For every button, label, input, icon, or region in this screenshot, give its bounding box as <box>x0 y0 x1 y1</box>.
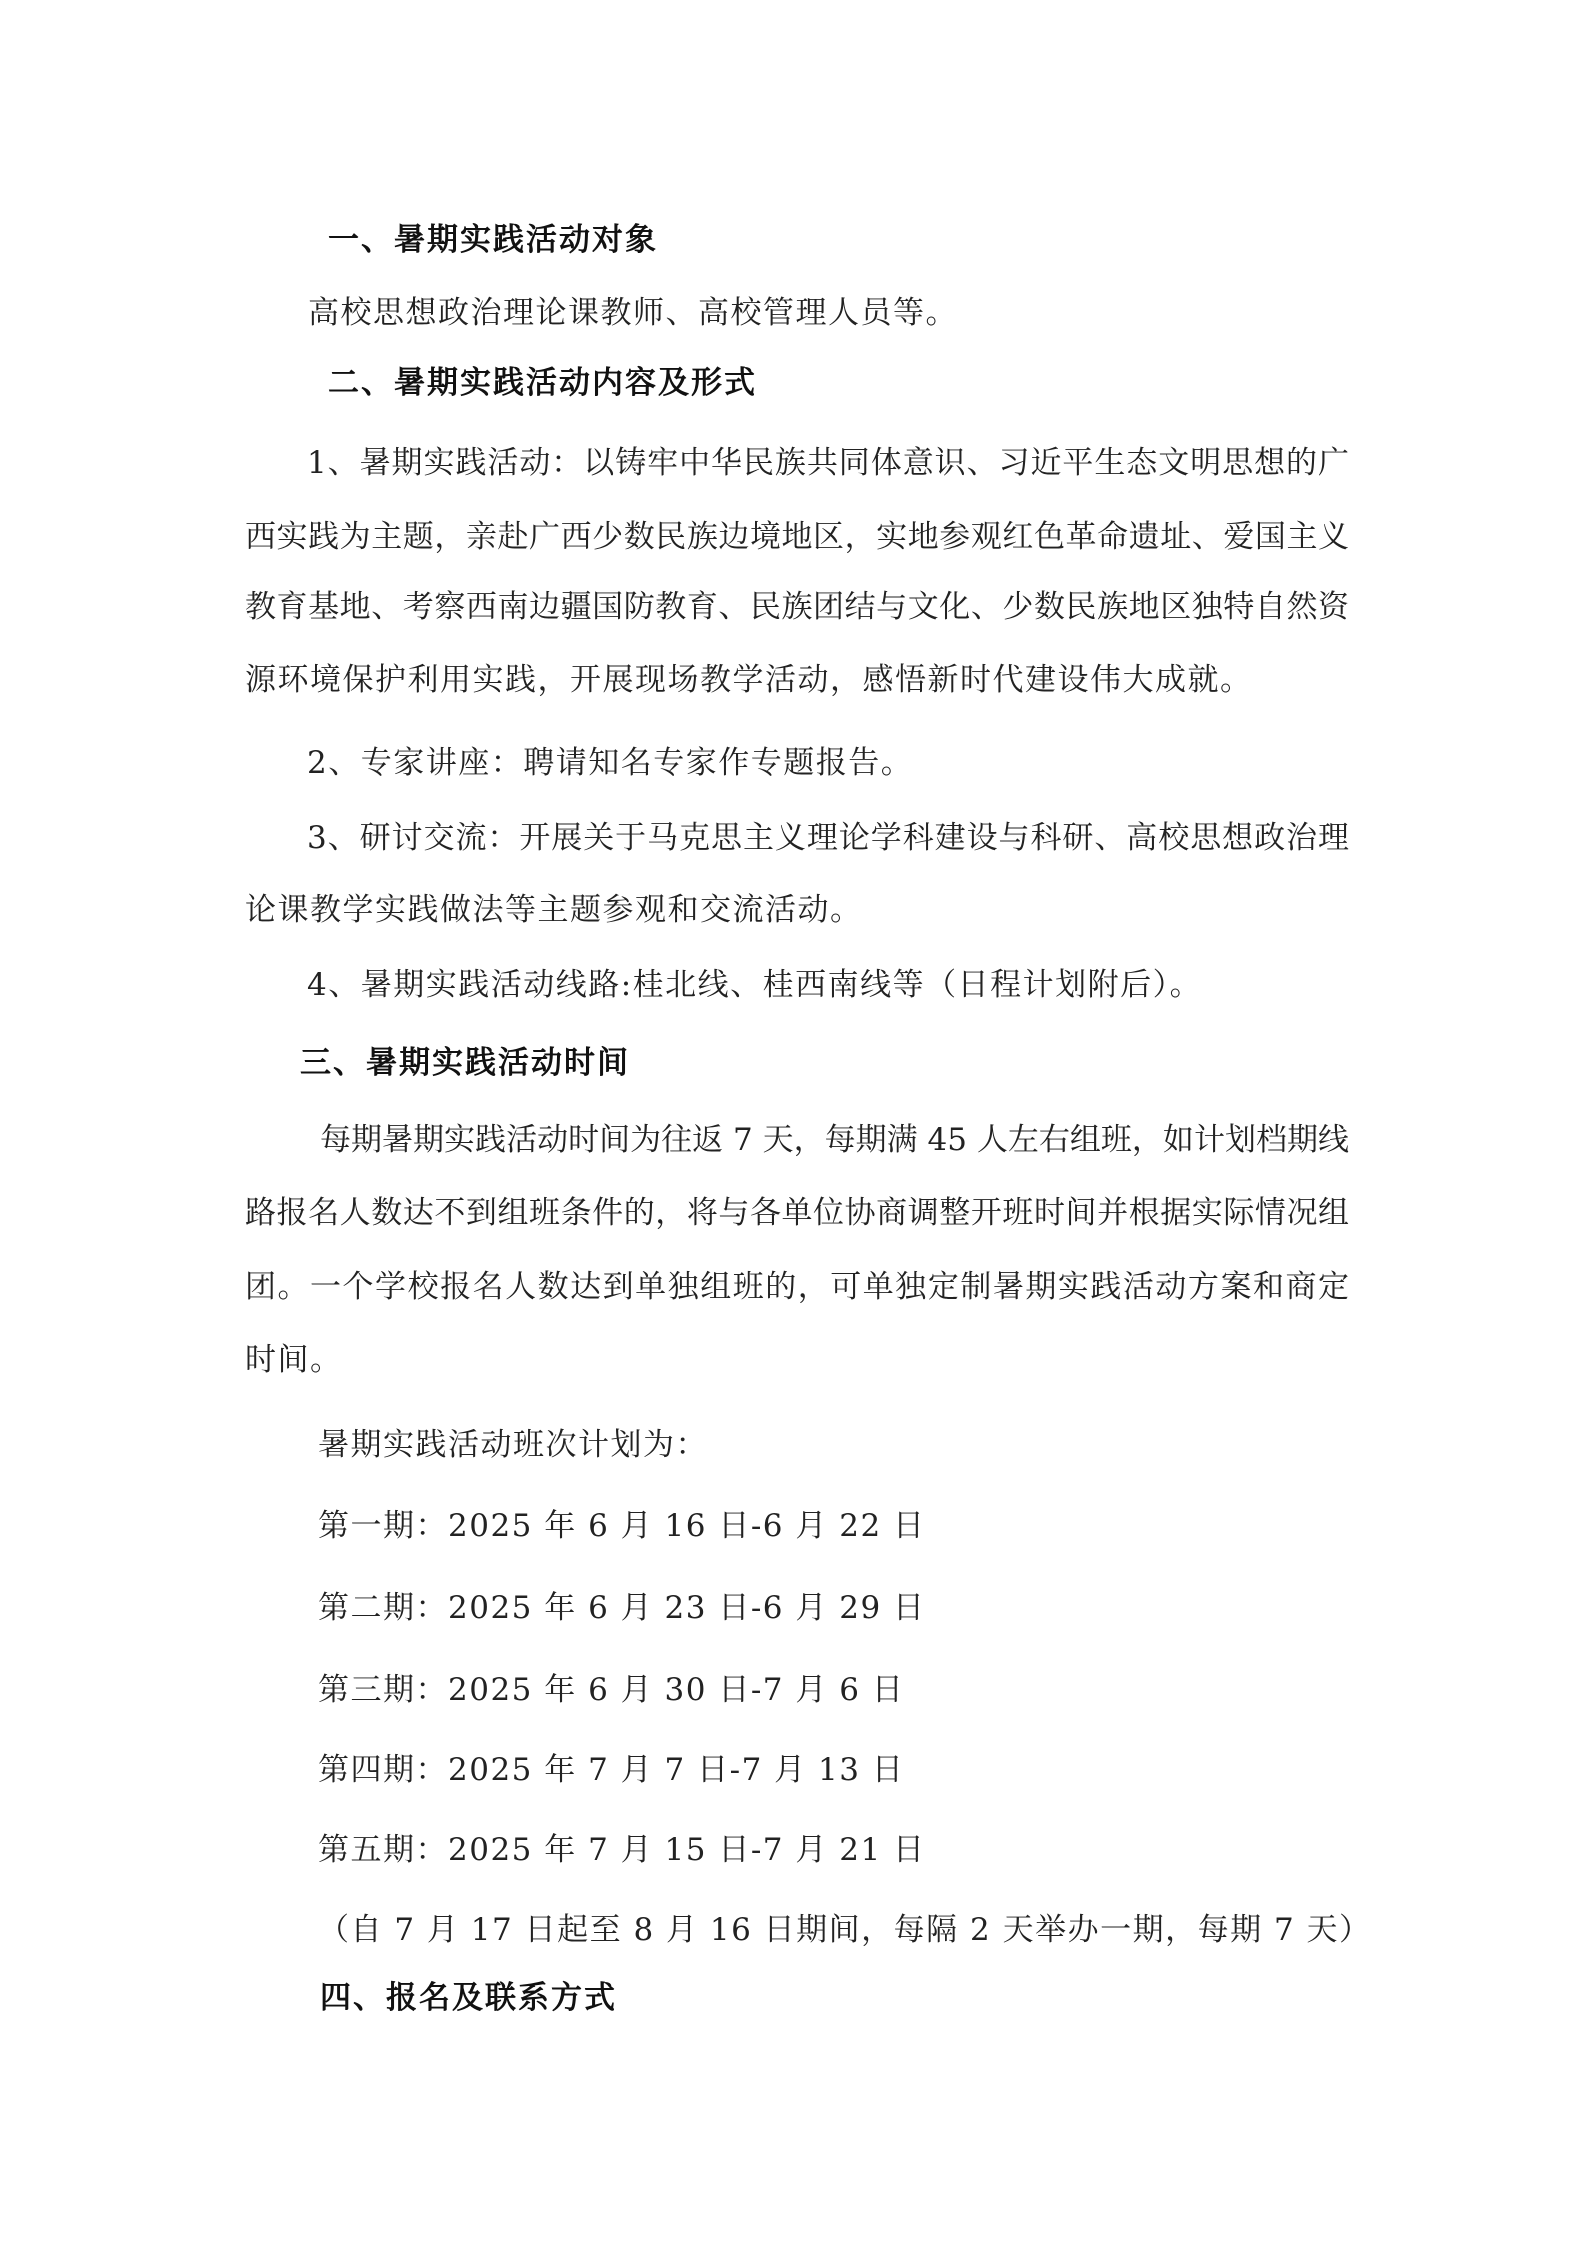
section-heading-time: 三、暑期实践活动时间 <box>300 1043 630 1083</box>
paragraph-line: 源环境保护利用实践，开展现场教学活动，感悟新时代建设伟大成就。 <box>245 660 1253 700</box>
paragraph-line: 路报名人数达不到组班条件的，将与各单位协商调整开班时间并根据实际情况组 <box>245 1193 1349 1233</box>
schedule-item: 第四期：2025 年 7 月 7 日-7 月 13 日 <box>318 1750 904 1790</box>
paragraph-line: 2、专家讲座：聘请知名专家作专题报告。 <box>307 743 913 783</box>
schedule-item: 第一期：2025 年 6 月 16 日-6 月 22 日 <box>318 1506 926 1546</box>
paragraph-line: 4、暑期实践活动线路:桂北线、桂西南线等（日程计划附后）。 <box>307 965 1202 1005</box>
paragraph-line: 高校思想政治理论课教师、高校管理人员等。 <box>308 293 958 333</box>
schedule-item: 第三期：2025 年 6 月 30 日-7 月 6 日 <box>318 1670 904 1710</box>
document-page: 一、暑期实践活动对象 高校思想政治理论课教师、高校管理人员等。 二、暑期实践活动… <box>0 0 1587 2245</box>
section-heading-registration-contact: 四、报名及联系方式 <box>320 1978 617 2018</box>
paragraph-line: 3、研讨交流：开展关于马克思主义理论学科建设与科研、高校思想政治理 <box>307 818 1349 858</box>
section-heading-content-form: 二、暑期实践活动内容及形式 <box>328 363 757 403</box>
section-heading-targets: 一、暑期实践活动对象 <box>328 220 658 260</box>
paragraph-line: 团。一个学校报名人数达到单独组班的，可单独定制暑期实践活动方案和商定 <box>245 1267 1349 1307</box>
paragraph-line: 教育基地、考察西南边疆国防教育、民族团结与文化、少数民族地区独特自然资 <box>245 587 1349 627</box>
schedule-note: （自 7 月 17 日起至 8 月 16 日期间，每隔 2 天举办一期，每期 7… <box>318 1910 1372 1950</box>
paragraph-line: 论课教学实践做法等主题参观和交流活动。 <box>245 890 863 930</box>
paragraph-line: 每期暑期实践活动时间为往返 7 天，每期满 45 人左右组班，如计划档期线 <box>320 1120 1349 1160</box>
paragraph-line: 西实践为主题，亲赴广西少数民族边境地区，实地参观红色革命遗址、爱国主义 <box>245 517 1349 557</box>
schedule-intro: 暑期实践活动班次计划为： <box>318 1425 708 1465</box>
schedule-item: 第五期：2025 年 7 月 15 日-7 月 21 日 <box>318 1830 926 1870</box>
paragraph-line: 时间。 <box>245 1340 343 1380</box>
paragraph-line: 1、暑期实践活动：以铸牢中华民族共同体意识、习近平生态文明思想的广 <box>307 443 1349 483</box>
schedule-item: 第二期：2025 年 6 月 23 日-6 月 29 日 <box>318 1588 926 1628</box>
